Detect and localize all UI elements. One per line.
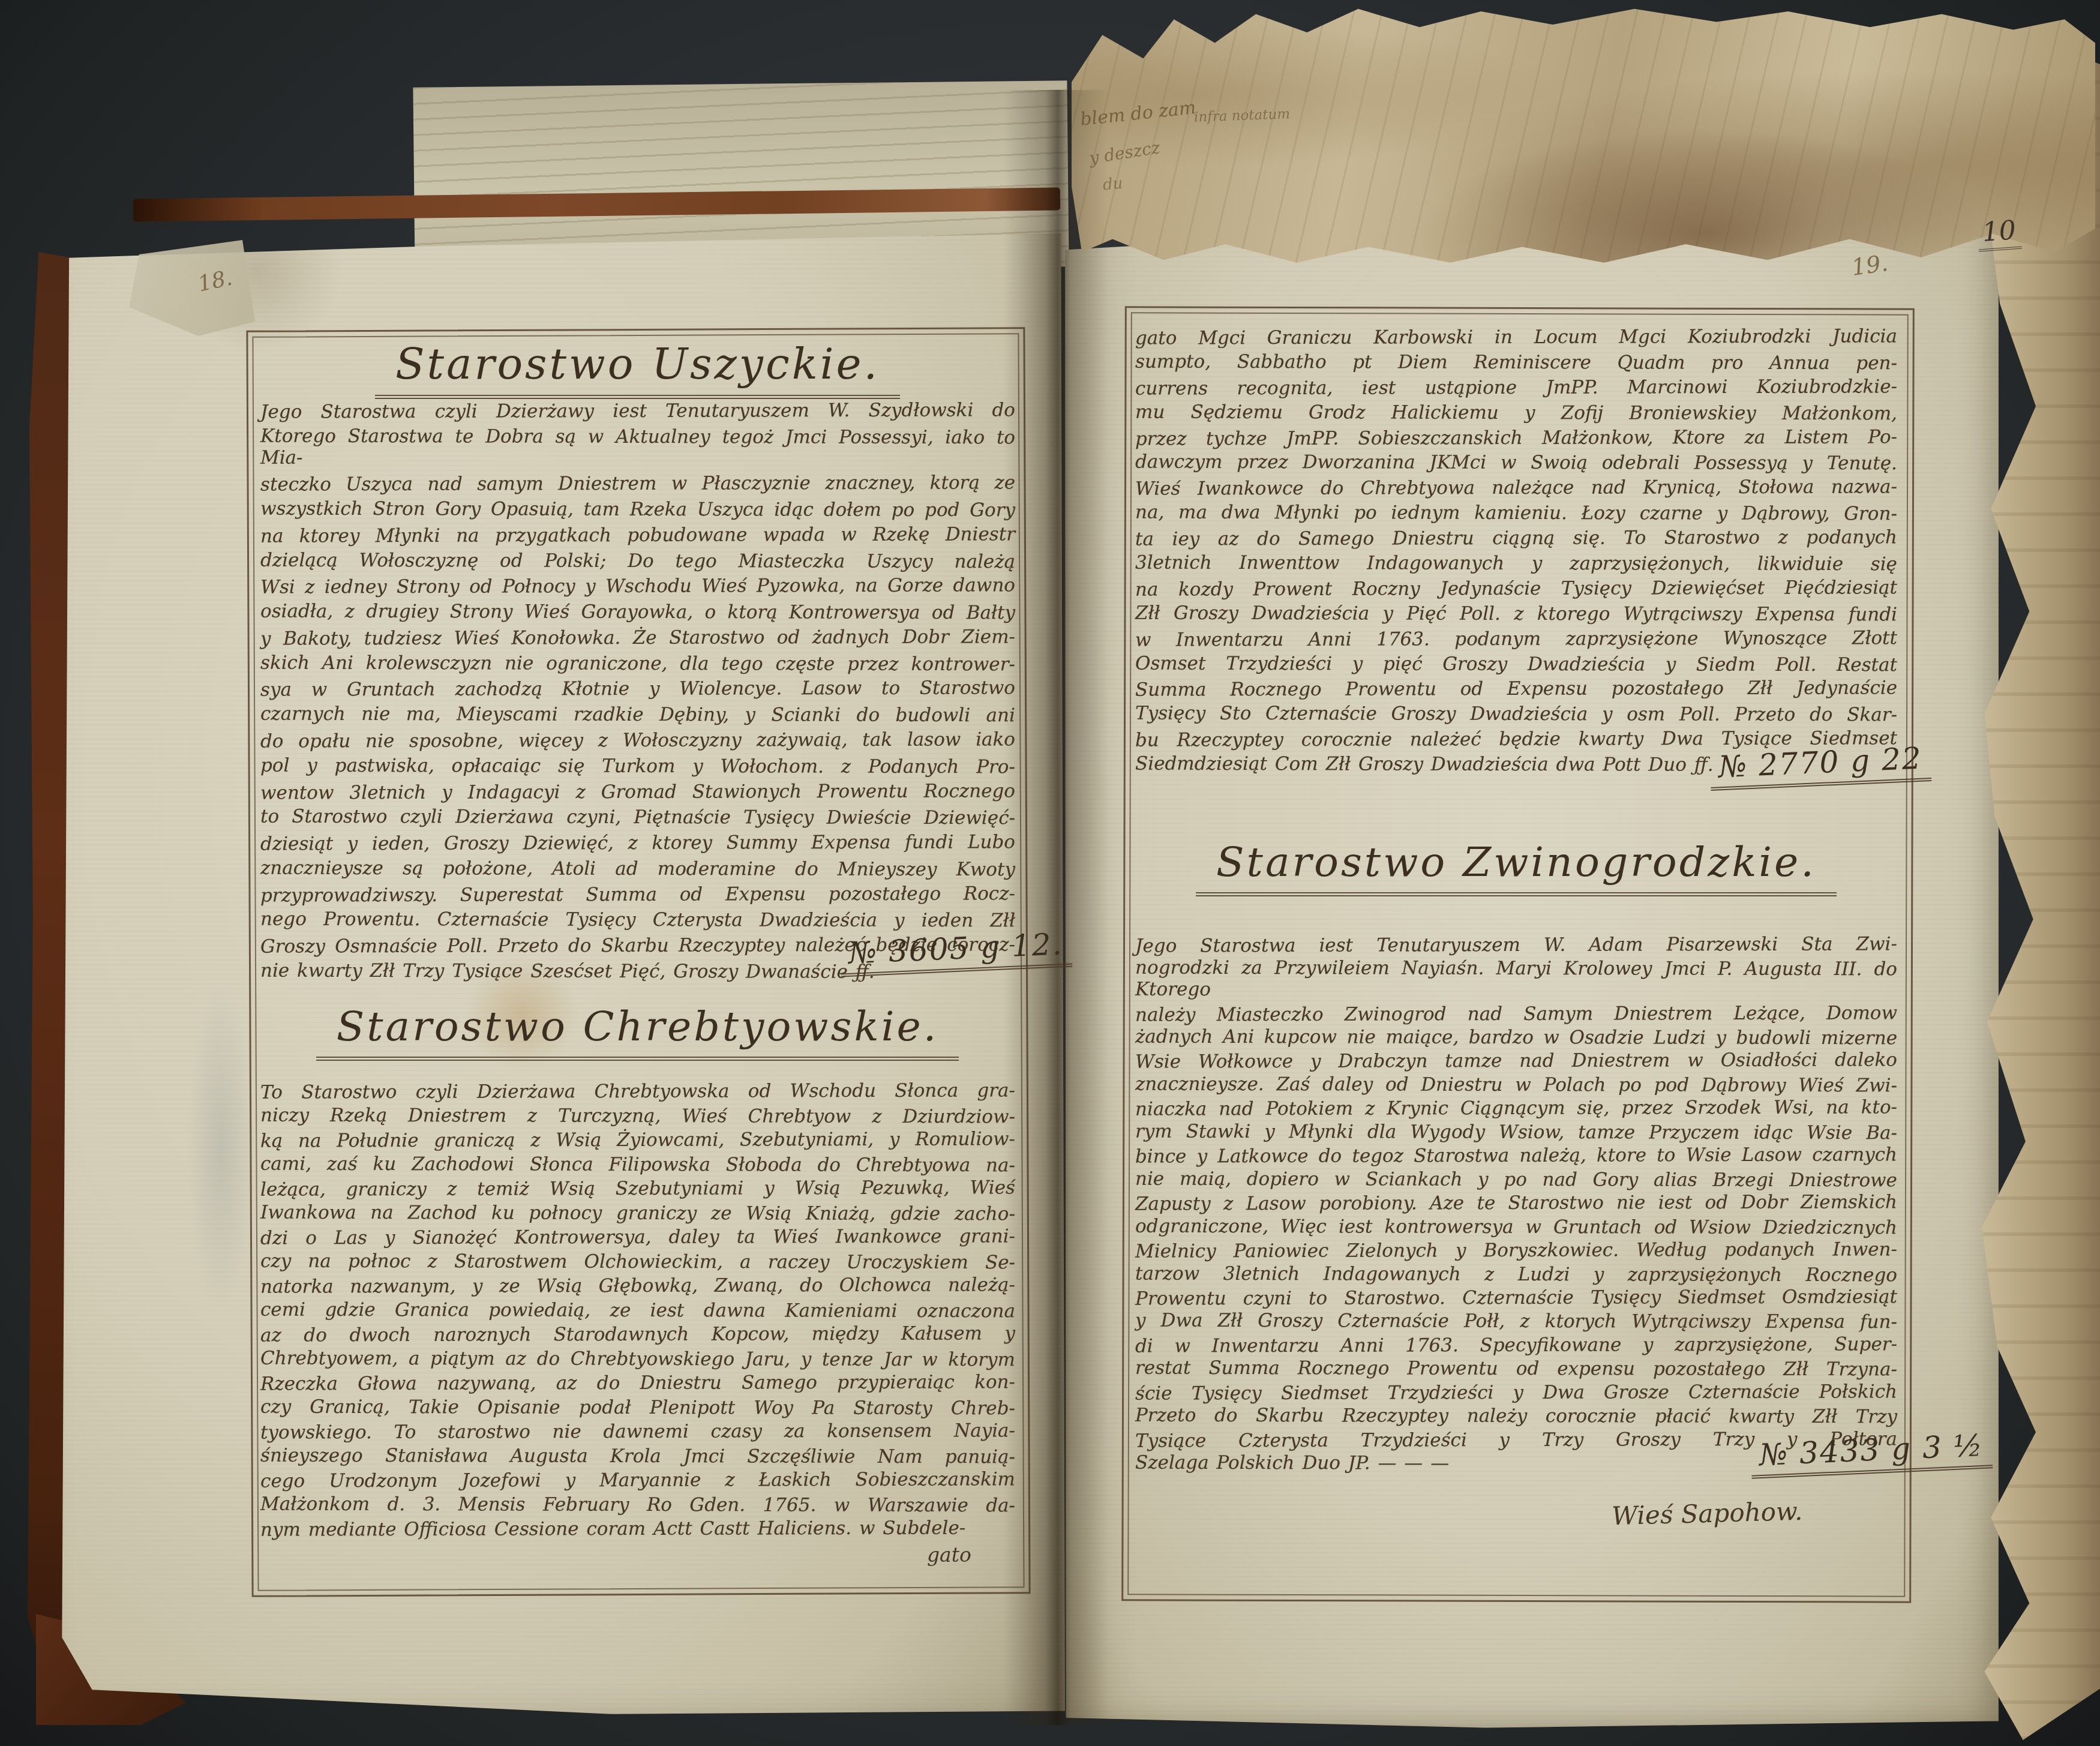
manuscript-line: leżąca, graniczy z temiż Wsią Szebutynia…: [260, 1177, 1015, 1201]
heading-text: Starostwo Zwinogrodzkie.: [1196, 839, 1837, 896]
paragraph-uszyckie: Jego Starostwa czyli Dzierżawy iest Tenu…: [260, 401, 1015, 983]
manuscript-line: dzi o Las y Sianożęć Kontrowersya, daley…: [260, 1226, 1015, 1249]
manuscript-line: czy Granicą, Takie Opisanie podał Plenip…: [260, 1396, 1015, 1419]
manuscript-line: na kozdy Prowent Roczny Jedynaście Tysię…: [1135, 577, 1897, 601]
manuscript-line: Rzeczka Głowa nazywaną, az do Dniestru S…: [260, 1372, 1015, 1396]
manuscript-line: gato Mgci Graniczu Karbowski in Locum Mg…: [1135, 326, 1897, 349]
manuscript-line: przyprowadziwszy. Superestat Summa od Ex…: [260, 883, 1015, 907]
manuscript-line: Mielnicy Paniowiec Zielonych y Boryszkow…: [1135, 1239, 1897, 1262]
manuscript-line: przez tychze JmPP. Sobieszczanskich Małż…: [1135, 427, 1897, 450]
manuscript-line: cego Urodzonym Jozefowi y Maryannie z Ła…: [260, 1469, 1015, 1493]
manuscript-line: żadnych Ani kupcow nie maiące, bardzo w …: [1135, 1027, 1897, 1049]
manuscript-line: wszystkich Stron Gory Opasuią, tam Rzeka…: [260, 499, 1015, 521]
manuscript-line: Małżonkom d. 3. Mensis February Ro Gden.…: [260, 1493, 1015, 1516]
manuscript-line: restat Summa Rocznego Prowentu od expens…: [1135, 1358, 1897, 1381]
manuscript-line: nie maią, dopiero w Sciankach y po nad G…: [1135, 1168, 1897, 1191]
manuscript-line: Jego Starostwa iest Tenutaryuszem W. Ada…: [1135, 934, 1897, 957]
manuscript-line: ta iey az do Samego Dniestru ciągną się.…: [1135, 527, 1897, 550]
manuscript-line: to Starostwo czyli Dzierżawa czyni, Pięt…: [260, 806, 1015, 829]
manuscript-line: niaczka nad Potokiem z Krynic Ciągnącym …: [1135, 1097, 1897, 1121]
manuscript-line: currens recognita, iest ustąpione JmPP. …: [1135, 376, 1897, 400]
manuscript-line: Wsi z iedney Strony od Połnocy y Wschodu…: [260, 575, 1015, 599]
manuscript-line: śnieyszego Stanisława Augusta Krola Jmci…: [260, 1445, 1015, 1468]
manuscript-line: w Inwentarzu Anni 1763. podanym zaprzysi…: [1135, 628, 1897, 651]
manuscript-line: Ktorego Starostwa te Dobra są w Aktualne…: [260, 425, 1015, 470]
manuscript-line: na, ma dwa Młynki po iednym kamieniu. Ło…: [1135, 502, 1897, 525]
manuscript-line: odgraniczone, Więc iest kontrowersya w G…: [1135, 1216, 1897, 1238]
manuscript-line: znacznieysze. Zaś daley od Dniestru w Po…: [1135, 1074, 1897, 1097]
heading-starostwo-uszyckie: Starostwo Uszyckie.: [258, 339, 1017, 399]
manuscript-line: do opału nie sposobne, więcey z Wołosczy…: [260, 729, 1015, 752]
manuscript-line: ką na Południe graniczą z Wsią Żyiowcami…: [260, 1129, 1015, 1152]
right-page-number: 19.: [1850, 250, 1889, 281]
manuscript-line: nogrodzki za Przywileiem Nayiaśn. Maryi …: [1135, 958, 1897, 1002]
folio-number: 10: [1976, 215, 2022, 252]
manuscript-line: osiadła, z drugiey Strony Wieś Gorayowka…: [260, 601, 1015, 624]
manuscript-line: natorka nazwanym, y ze Wsią Głębowką, Zw…: [260, 1274, 1015, 1298]
manuscript-line: ście Tysięcy Siedmset Trzydzieści y Dwa …: [1135, 1381, 1897, 1405]
manuscript-line: Tysięcy Sto Czternaście Groszy Dwadzieśc…: [1135, 703, 1897, 726]
manuscript-line: czarnych nie ma, Mieyscami rzadkie Dębin…: [260, 704, 1015, 727]
manuscript-line: dziesiąt y ieden, Groszy Dziewięć, z kto…: [260, 832, 1015, 855]
manuscript-line: Iwankowa na Zachod ku połnocy graniczy z…: [260, 1202, 1015, 1225]
manuscript-line: niczy Rzeką Dniestrem z Turczyzną, Wieś …: [260, 1105, 1015, 1127]
paragraph-chrebtyowskie: To Starostwo czyli Dzierżawa Chrebtyowsk…: [260, 1081, 1015, 1540]
manuscript-line: di w Inwentarzu Anni 1763. Specyfikowane…: [1135, 1334, 1897, 1357]
manuscript-line: mu Sędziemu Grodz Halickiemu y Zofij Bro…: [1135, 401, 1897, 424]
manuscript-line: cami, zaś ku Zachodowi Słonca Filipowska…: [260, 1153, 1015, 1176]
manuscript-line: Wieś Iwankowce do Chrebtyowa należące na…: [1135, 477, 1897, 500]
heading-starostwo-chrebtyowskie: Starostwo Chrebtyowskie.: [258, 1003, 1017, 1061]
manuscript-line: cemi gdzie Granica powiedaią, ze iest da…: [260, 1299, 1015, 1322]
manuscript-line: na ktorey Młynki na przygatkach pobudowa…: [260, 524, 1015, 547]
manuscript-line: tyowskiego. To starostwo nie dawnemi cza…: [260, 1421, 1015, 1444]
manuscript-line: Osmset Trzydzieści y pięć Groszy Dwadzie…: [1135, 653, 1897, 676]
manuscript-line: należy Miasteczko Zwinogrod nad Samym Dn…: [1135, 1003, 1897, 1026]
manuscript-line: To Starostwo czyli Dzierżawa Chrebtyowsk…: [260, 1080, 1015, 1103]
manuscript-line: Chrebtyowem, a piątym az do Chrebtyowski…: [260, 1348, 1015, 1370]
paragraph-chrebtyowskie-continued: gato Mgci Graniczu Karbowski in Locum Mg…: [1135, 327, 1897, 776]
manuscript-line: czy na połnoc z Starostwem Olchowieckim,…: [260, 1250, 1015, 1273]
manuscript-line: dzielącą Wołosczyznę od Polski; Do tego …: [260, 550, 1015, 572]
manuscript-line: pol y pastwiska, opłacaiąc się Turkom y …: [260, 755, 1015, 778]
fragment-note-d: du: [1102, 175, 1124, 194]
manuscript-line: y Bakoty, tudziesz Wieś Konołowka. Że St…: [260, 626, 1015, 650]
manuscript-line: rym Stawki y Młynki dla Wygody Wsiow, ta…: [1135, 1121, 1897, 1144]
damaged-paper-fragment: [1072, 4, 2095, 265]
catchword: gato: [927, 1543, 971, 1567]
manuscript-line: sumpto, Sabbatho pt Diem Reminiscere Qua…: [1135, 352, 1897, 374]
manuscript-line: nym mediante Officiosa Cessione coram Ac…: [260, 1518, 1015, 1541]
manuscript-photo: blem do zam infra notatum y deszcz du 18…: [0, 0, 2100, 1746]
manuscript-line: 3letnich Inwenttow Indagowanych y zaprzy…: [1135, 553, 1897, 575]
manuscript-line: Zapusty z Lasow porobiony. Aze te Staros…: [1135, 1192, 1897, 1216]
manuscript-line: sya w Gruntach zachodzą Kłotnie y Wiolen…: [260, 678, 1015, 701]
manuscript-line: bince y Latkowce do tegoz Starostwa nale…: [1135, 1145, 1897, 1168]
manuscript-line: wentow 3letnich y Indagacyi z Gromad Sta…: [260, 781, 1015, 804]
manuscript-line: dawczym przez Dworzanina JKMci w Swoią o…: [1135, 452, 1897, 475]
manuscript-line: nego Prowentu. Czternaście Tysięcy Czter…: [260, 909, 1015, 932]
heading-text: Starostwo Uszyckie.: [375, 339, 900, 399]
manuscript-line: y Dwa Złł Groszy Czternaście Połł, z kto…: [1135, 1310, 1897, 1333]
manuscript-line: Prowentu czyni to Starostwo. Czternaście…: [1135, 1286, 1897, 1310]
manuscript-line: skich Ani krolewsczyzn nie ograniczone, …: [260, 652, 1015, 675]
manuscript-line: Jego Starostwa czyli Dzierżawy iest Tenu…: [260, 400, 1015, 423]
manuscript-line: az do dwoch naroznych Starodawnych Kopco…: [260, 1324, 1015, 1347]
heading-starostwo-zwinogrodzkie: Starostwo Zwinogrodzkie.: [1135, 839, 1897, 896]
manuscript-line: tarzow 3letnich Indagowanych z Ludzi y z…: [1135, 1263, 1897, 1286]
footer-note-wies-sapohow: Wieś Sapohow.: [1611, 1496, 1802, 1531]
manuscript-line: Wsie Wołkowce y Drabczyn tamze nad Dnies…: [1135, 1050, 1897, 1073]
manuscript-line: steczko Uszyca nad samym Dniestrem w Pła…: [260, 473, 1015, 496]
manuscript-line: znacznieysze są położone, Atoli ad moder…: [260, 858, 1015, 881]
manuscript-line: Summa Rocznego Prowentu od Expensu pozos…: [1135, 678, 1897, 701]
heading-text: Starostwo Chrebtyowskie.: [316, 1003, 959, 1061]
paragraph-zwinogrodzkie: Jego Starostwa iest Tenutaryuszem W. Ada…: [1135, 935, 1897, 1475]
manuscript-line: Przeto do Skarbu Rzeczyptey należy coroc…: [1135, 1405, 1897, 1428]
manuscript-line: Złł Groszy Dwadzieścia y Pięć Poll. z kt…: [1135, 602, 1897, 625]
